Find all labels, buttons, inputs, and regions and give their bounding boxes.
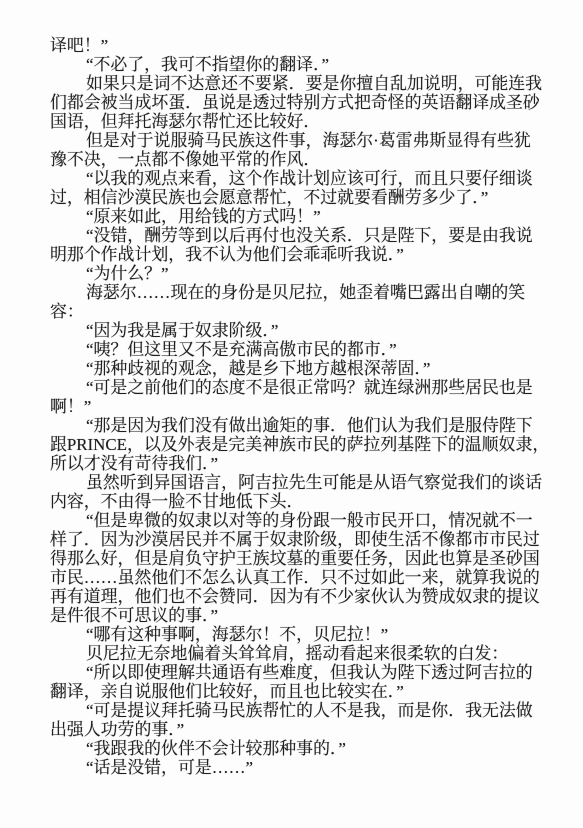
text-line: 跟PRINCE，以及外表是完美神族市民的萨拉列基陛下的温顺奴隶，	[50, 435, 544, 454]
text-line: 译吧！”	[50, 36, 544, 55]
text-line: 啊！”	[50, 397, 544, 416]
text-line: 明那个作战计划，我不认为他们会乖乖听我说．”	[50, 245, 544, 264]
text-line: “咦？但这里又不是充满高傲市民的都市．”	[50, 340, 544, 359]
text-line: 出强人功劳的事．”	[50, 720, 544, 739]
text-line: “那种歧视的观念，越是乡下地方越根深蒂固．”	[50, 359, 544, 378]
text-line: “那是因为我们没有做出逾矩的事．他们认为我们是服侍陛下	[50, 416, 544, 435]
text-line: 但是对于说服骑马民族这件事，海瑟尔·葛雷弗斯显得有些犹	[50, 131, 544, 150]
book-page: 译吧！”“不必了，我可不指望你的翻译．”如果只是词不达意还不要紧．要是你擅自乱加…	[0, 0, 583, 828]
text-line: “我跟我的伙伴不会计较那种事的．”	[50, 739, 544, 758]
text-line: “所以即使理解共通语有些难度，但我认为陛下透过阿吉拉的	[50, 663, 544, 682]
text-line: 再有道理，他们也不会赞同．因为有不少家伙认为赞成奴隶的提议	[50, 587, 544, 606]
text-line: “话是没错，可是……”	[50, 758, 544, 777]
text-line: “可是之前他们的态度不是很正常吗？就连绿洲那些居民也是	[50, 378, 544, 397]
text-line: “可是提议拜托骑马民族帮忙的人不是我，而是你．我无法做	[50, 701, 544, 720]
text-line: 样了．因为沙漠居民并不属于奴隶阶级，即使生活不像都市市民过	[50, 530, 544, 549]
text-line: “以我的观点来看，这个作战计划应该可行，而且只要仔细谈	[50, 169, 544, 188]
text-line: 内容，不由得一脸不甘地低下头．	[50, 492, 544, 511]
text-line: 海瑟尔……现在的身份是贝尼拉，她歪着嘴巴露出自嘲的笑	[50, 283, 544, 302]
text-line: “但是卑微的奴隶以对等的身份跟一般市民开口，情况就不一	[50, 511, 544, 530]
text-line: 容：	[50, 302, 544, 321]
text-line: “为什么？”	[50, 264, 544, 283]
text-line: “不必了，我可不指望你的翻译．”	[50, 55, 544, 74]
text-line: 贝尼拉无奈地偏着头耸耸肩，摇动看起来很柔软的白发：	[50, 644, 544, 663]
text-line: “原来如此，用给钱的方式吗！”	[50, 207, 544, 226]
text-line: “因为我是属于奴隶阶级．”	[50, 321, 544, 340]
text-line: 过，相信沙漠民族也会愿意帮忙，不过就要看酬劳多少了．”	[50, 188, 544, 207]
text-line: 得那么好，但是肩负守护王族坟墓的重要任务，因此也算是圣砂国	[50, 549, 544, 568]
text-line: 是件很不可思议的事．”	[50, 606, 544, 625]
text-line: “没错，酬劳等到以后再付也没关系．只是陛下，要是由我说	[50, 226, 544, 245]
text-line: 市民……虽然他们不怎么认真工作．只不过如此一来，就算我说的	[50, 568, 544, 587]
text-line: 国语，但拜托海瑟尔帮忙还比较好．	[50, 112, 544, 131]
text-line: 豫不决，一点都不像她平常的作风．	[50, 150, 544, 169]
text-line: 虽然听到异国语言，阿吉拉先生可能是从语气察觉我们的谈话	[50, 473, 544, 492]
text-line: 们都会被当成坏蛋．虽说是透过特别方式把奇怪的英语翻译成圣砂	[50, 93, 544, 112]
text-line: 翻译，亲自说服他们比较好，而且也比较实在．”	[50, 682, 544, 701]
text-line: 如果只是词不达意还不要紧．要是你擅自乱加说明，可能连我	[50, 74, 544, 93]
text-block: 译吧！”“不必了，我可不指望你的翻译．”如果只是词不达意还不要紧．要是你擅自乱加…	[50, 36, 544, 777]
text-line: “哪有这种事啊，海瑟尔！不，贝尼拉！”	[50, 625, 544, 644]
text-line: 所以才没有苛待我们．”	[50, 454, 544, 473]
